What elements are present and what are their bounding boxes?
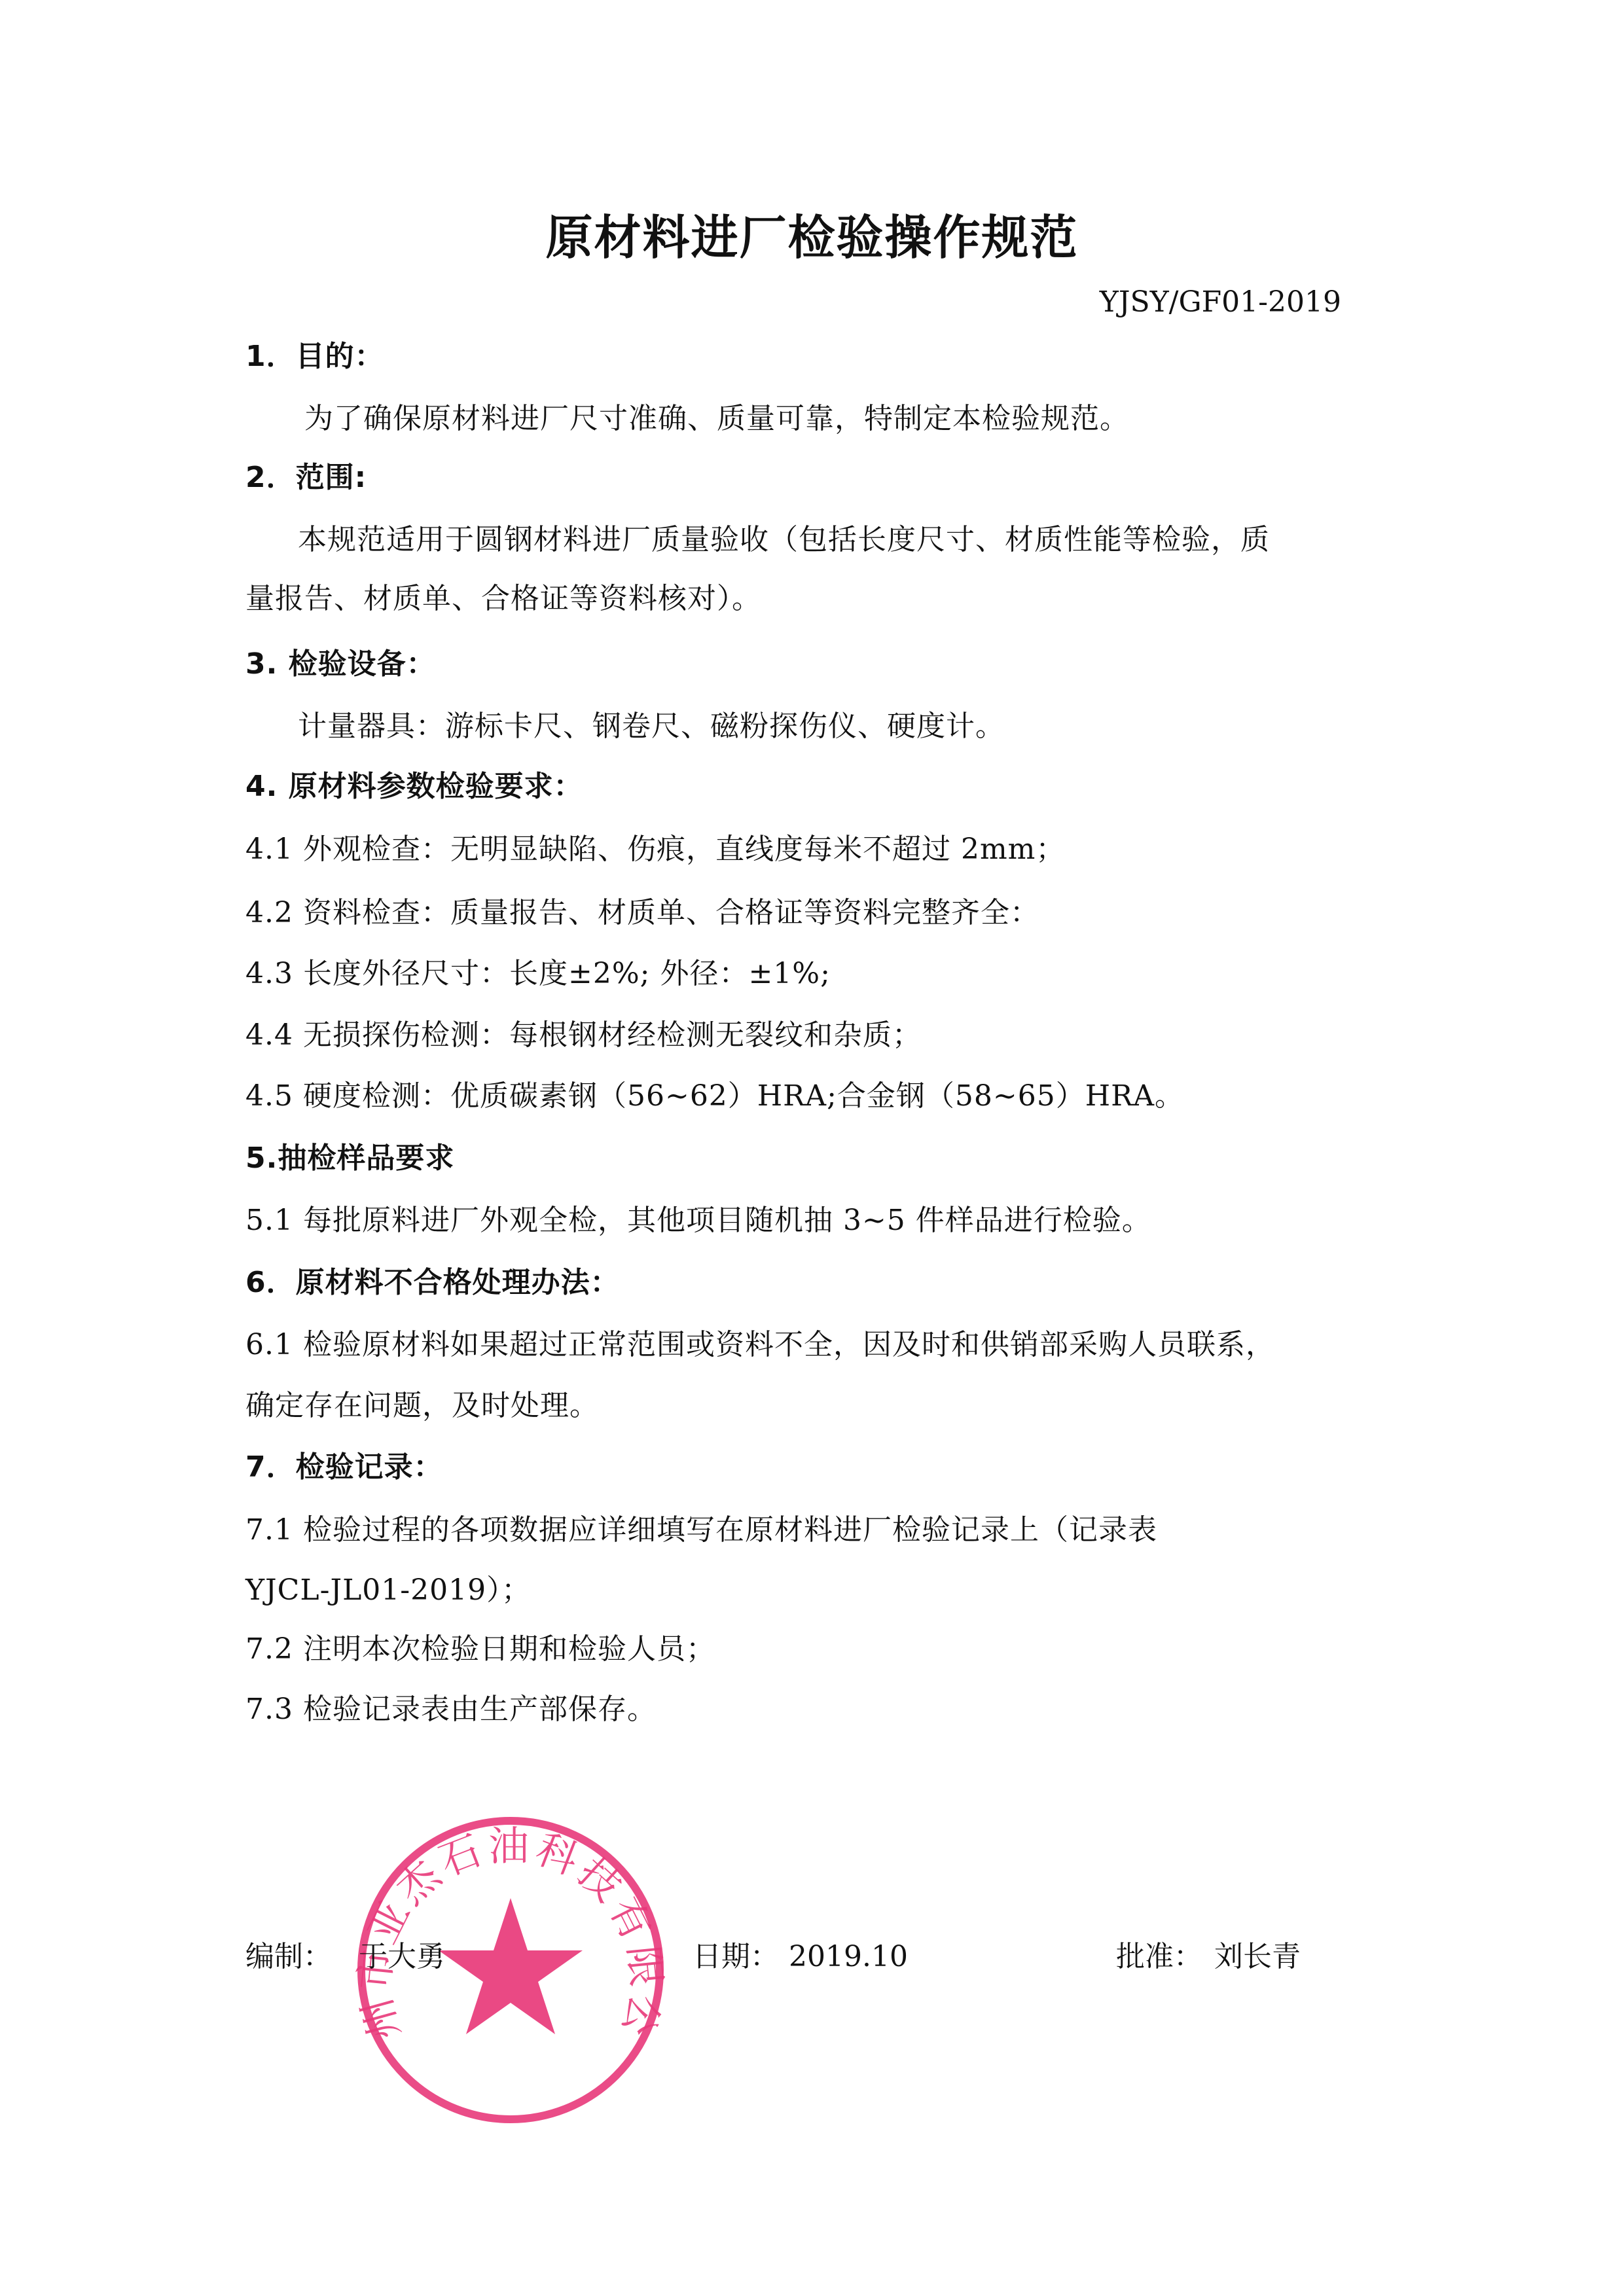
section-text: 本规范适用于圆钢材料进厂质量验收（包括长度尺寸、材质性能等检验，质 <box>298 520 1270 560</box>
requirement-item: 4.1 外观检查：无明显缺陷、伤痕，直线度每米不超过 2mm； <box>245 830 1065 869</box>
requirement-item: 4.3 长度外径尺寸：长度±2%; 外径：±1%; <box>245 954 831 994</box>
approved-by-name: 刘长青 <box>1214 1937 1301 1977</box>
section-text: 5.1 每批原料进厂外观全检，其他项目随机抽 3~5 件样品进行检验。 <box>245 1201 1151 1240</box>
section-text: 确定存在问题，及时处理。 <box>245 1386 599 1426</box>
section-text: 7.2 注明本次检验日期和检验人员； <box>245 1630 715 1669</box>
section-heading-nonconformance: 6．原材料不合格处理办法： <box>245 1263 620 1302</box>
approved-by-label: 批准： <box>1116 1937 1202 1977</box>
section-text: 7.3 检验记录表由生产部保存。 <box>245 1690 657 1729</box>
requirement-item: 4.2 资料检查：质量报告、材质单、合格证等资料完整齐全： <box>245 893 1039 933</box>
prepared-by-label: 编制： <box>245 1937 332 1977</box>
section-text: 为了确保原材料进厂尺寸准确、质量可靠，特制定本检验规范。 <box>304 399 1129 439</box>
section-heading-requirements: 4. 原材料参数检验要求： <box>245 767 583 806</box>
section-text: 7.1 检验过程的各项数据应详细填写在原材料进厂检验记录上（记录表 <box>245 1511 1157 1550</box>
date-value: 2019.10 <box>789 1937 908 1977</box>
star-icon <box>439 1898 583 2034</box>
prepared-by-name: 于大勇 <box>359 1937 445 1977</box>
section-heading-sampling: 5.抽检样品要求 <box>245 1139 454 1178</box>
section-text: YJCL-JL01-2019）； <box>245 1571 531 1610</box>
section-text: 6.1 检验原材料如果超过正常范围或资料不全，因及时和供销部采购人员联系， <box>245 1325 1275 1365</box>
requirement-item: 4.4 无损探伤检测：每根钢材经检测无裂纹和杂质； <box>245 1016 922 1055</box>
requirement-item: 4.5 硬度检测：优质碳素钢（56~62）HRA;合金钢（58~65）HRA。 <box>245 1077 1184 1116</box>
section-heading-purpose: 1．目的： <box>245 337 384 376</box>
document-title: 原材料进厂检验操作规范 <box>0 208 1624 267</box>
section-heading-records: 7．检验记录： <box>245 1448 443 1487</box>
document-number: YJSY/GF01-2019 <box>1100 283 1341 322</box>
document-page: 原材料进厂检验操作规范 YJSY/GF01-2019 1．目的： 为了确保原材料… <box>0 0 1624 2296</box>
date-label: 日期： <box>693 1937 779 1977</box>
section-text: 量报告、材质单、合格证等资料核对）。 <box>245 579 761 619</box>
section-text: 计量器具：游标卡尺、钢卷尺、磁粉探伤仪、硬度计。 <box>298 707 1005 746</box>
section-heading-equipment: 3. 检验设备： <box>245 645 436 684</box>
section-heading-scope: 2．范围: <box>245 458 367 497</box>
